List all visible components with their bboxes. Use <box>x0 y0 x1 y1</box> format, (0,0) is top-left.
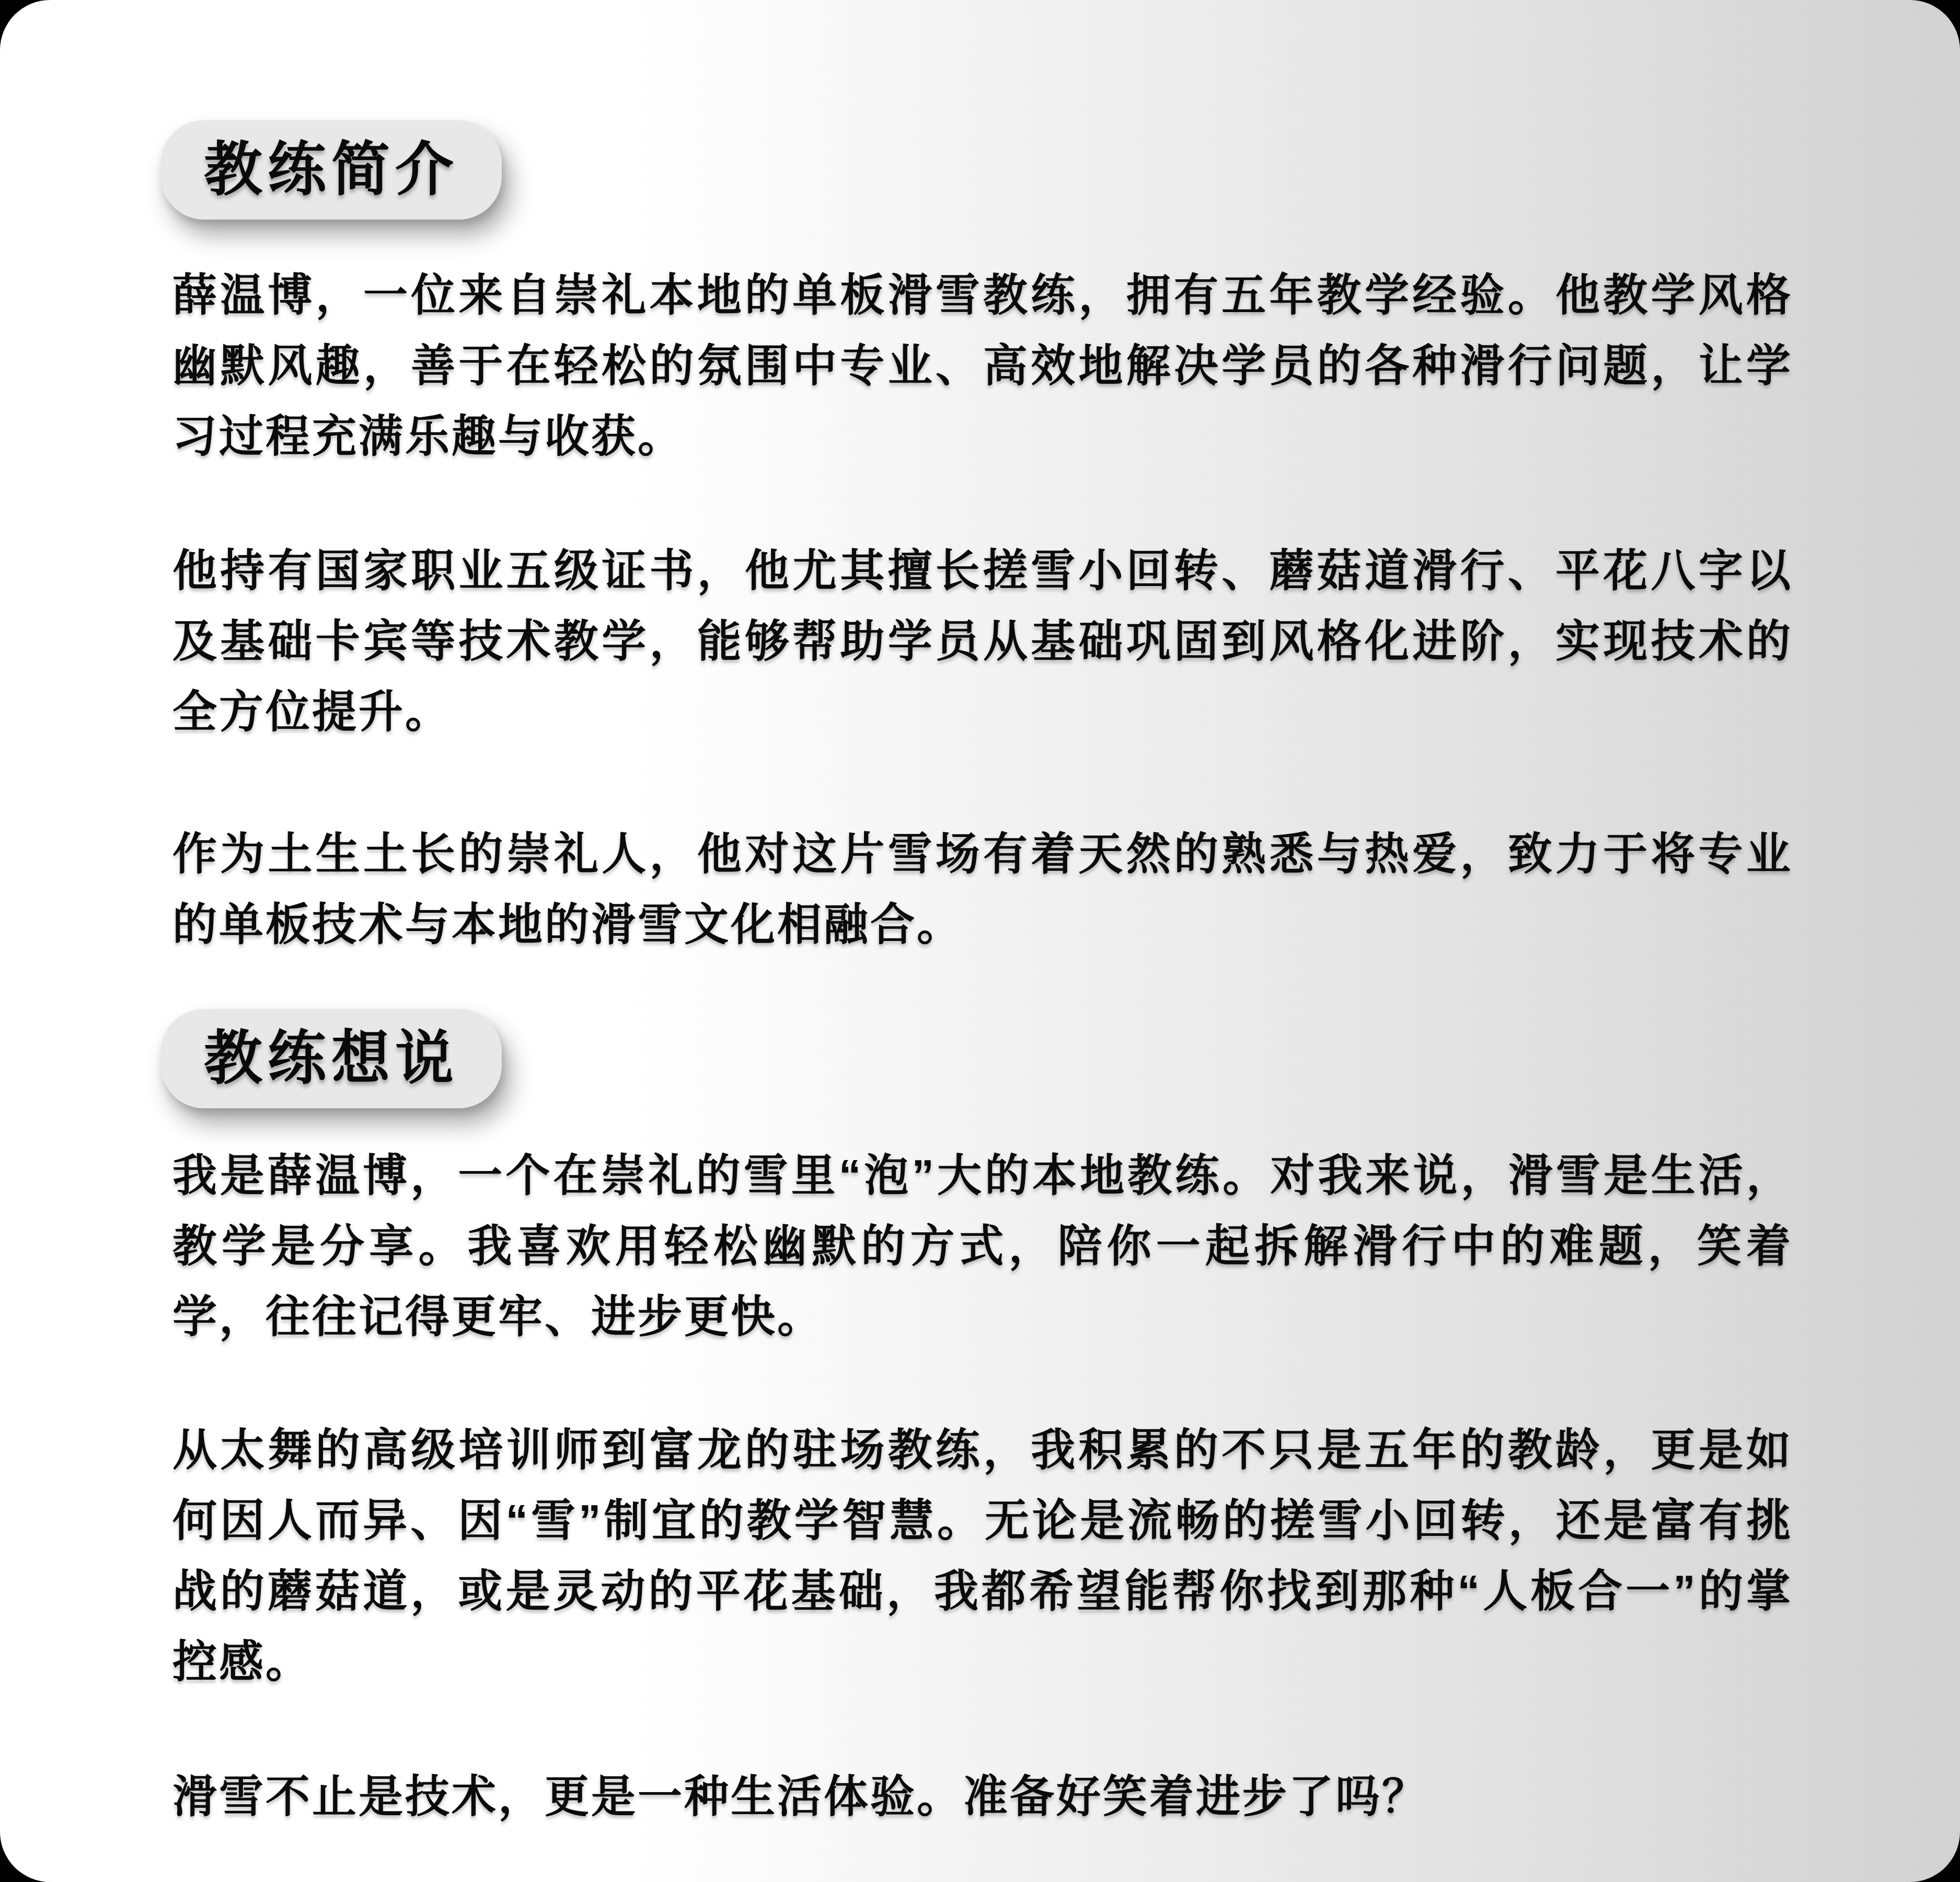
coach-message-paragraph-2: 从太舞的高级培训师到富龙的驻场教练，我积累的不只是五年的教龄，更是如何因人而异、… <box>172 1415 1793 1697</box>
coach-message-paragraph-3: 滑雪不止是技术，更是一种生活体验。准备好笑着进步了吗？ <box>172 1762 1793 1832</box>
coach-message-badge: 教练想说 <box>161 1009 502 1108</box>
coach-message-paragraph-1: 我是薛温博，一个在崇礼的雪里“泡”大的本地教练。对我来说，滑雪是生活，教学是分享… <box>172 1141 1793 1352</box>
coach-intro-paragraph-2: 他持有国家职业五级证书，他尤其擅长搓雪小回转、蘑菇道滑行、平花八字以及基础卡宾等… <box>172 536 1793 748</box>
section-coach-intro: 教练简介 薛温博，一位来自崇礼本地的单板滑雪教练，拥有五年教学经验。他教学风格幽… <box>172 120 1793 960</box>
coach-intro-badge: 教练简介 <box>161 120 502 220</box>
coach-intro-paragraph-3: 作为土生土长的崇礼人，他对这片雪场有着天然的熟悉与热爱，致力于将专业的单板技术与… <box>172 819 1793 960</box>
coach-profile-card: 教练简介 薛温博，一位来自崇礼本地的单板滑雪教练，拥有五年教学经验。他教学风格幽… <box>0 0 1960 1882</box>
section-coach-message: 教练想说 我是薛温博，一个在崇礼的雪里“泡”大的本地教练。对我来说，滑雪是生活，… <box>172 1009 1793 1832</box>
coach-intro-paragraph-1: 薛温博，一位来自崇礼本地的单板滑雪教练，拥有五年教学经验。他教学风格幽默风趣，善… <box>172 260 1793 472</box>
